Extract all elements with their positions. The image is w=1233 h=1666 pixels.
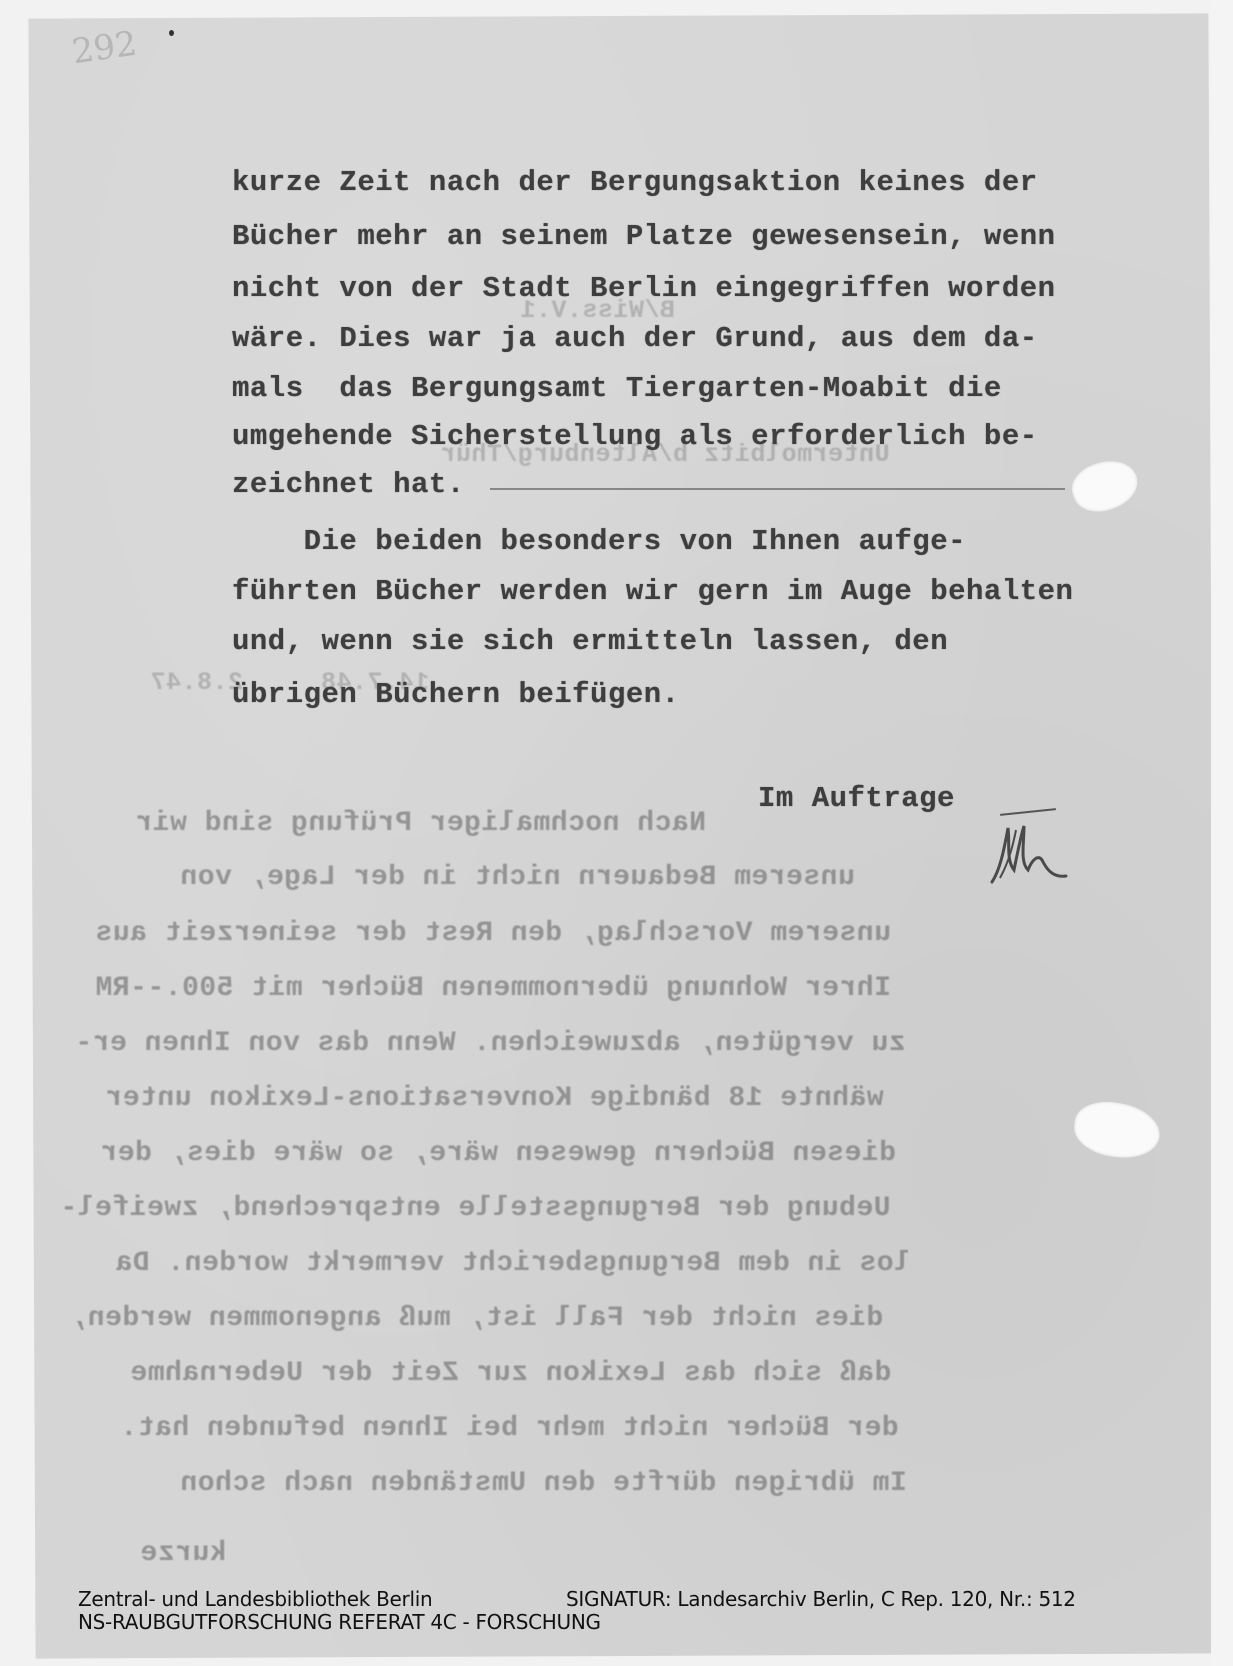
handwritten-signature-icon (990, 820, 1070, 890)
bleed-through-line: zu vergüten, abzuweichen. Wenn das von I… (75, 1028, 906, 1059)
body-line: Die beiden besonders von Ihnen aufge- (232, 525, 966, 558)
typed-rule (490, 488, 1065, 490)
bleed-through-line: dies nicht der Fall ist, muß angenommen … (70, 1303, 883, 1334)
body-line: führten Bücher werden wir gern im Auge b… (232, 575, 1073, 608)
bleed-through-line: Im übrigen dürfte den Umständen nach sch… (180, 1468, 907, 1499)
body-line: umgehende Sicherstellung als erforderlic… (232, 420, 1038, 453)
body-line: Bücher mehr an seinem Platze gewesensein… (232, 220, 1056, 253)
footer-department: NS-RAUBGUTFORSCHUNG REFERAT 4C - FORSCHU… (78, 1610, 601, 1634)
bleed-through-line: Uebung der Bergungsstelle entsprechend, … (60, 1193, 891, 1224)
bleed-through-line: los in dem Bergungsbericht vermerkt word… (115, 1248, 911, 1279)
body-line: mals das Bergungsamt Tiergarten-Moabit d… (232, 372, 1002, 405)
body-line: wäre. Dies war ja auch der Grund, aus de… (232, 322, 1038, 355)
bleed-through-line: Ihrer Wohnung übernommenen Bücher mit 50… (95, 973, 891, 1004)
page-margin (1211, 0, 1233, 1666)
bleed-through-line: unserem Vorschlag, den Rest der seinerze… (95, 918, 891, 949)
ink-dot (169, 30, 174, 36)
bleed-through-line: daß sich das Lexikon zur Zeit der Uebern… (130, 1358, 891, 1389)
bleed-through-line: wähnte 18 bändige Konversations-Lexikon … (105, 1083, 884, 1114)
footer-institution: Zentral- und Landesbibliothek Berlin (78, 1587, 432, 1611)
body-line: nicht von der Stadt Berlin eingegriffen … (232, 272, 1056, 305)
closing-line: Im Auftrage (758, 782, 955, 815)
bleed-through-line: kurze (140, 1538, 227, 1569)
body-line: zeichnet hat. (232, 468, 465, 501)
bleed-through-line: diesen Büchern gewesen wäre, so wäre die… (100, 1138, 896, 1169)
footer-signatur: SIGNATUR: Landesarchiv Berlin, C Rep. 12… (566, 1587, 1076, 1611)
body-line: und, wenn sie sich ermitteln lassen, den (232, 625, 948, 658)
bleed-through-line: Nach nochmaliger Prüfung sind wir (135, 808, 706, 839)
bleed-through-line: der Bücher nicht mehr bei Ihnen befunden… (120, 1413, 899, 1444)
bleed-through-line: unserem Bedauern nicht in der Lage, von (180, 862, 855, 893)
body-line: übrigen Büchern beifügen. (232, 678, 680, 711)
body-line: kurze Zeit nach der Bergungsaktion keine… (232, 166, 1038, 199)
